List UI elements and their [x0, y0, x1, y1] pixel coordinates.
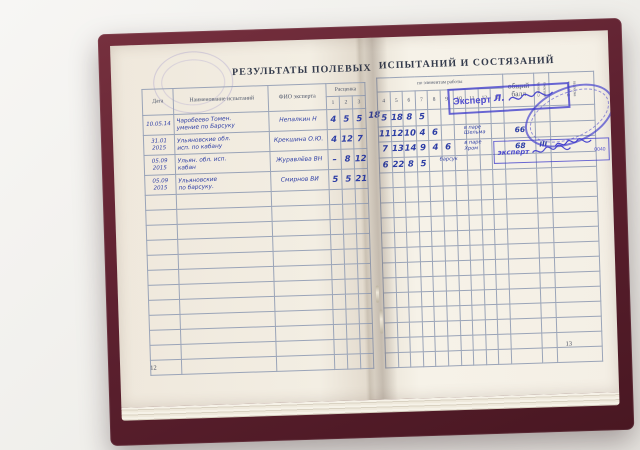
table-cell: [334, 354, 347, 369]
value-cell: 10: [403, 125, 416, 141]
table-cell: [423, 351, 436, 366]
table-cell: [431, 201, 444, 216]
table-cell: [539, 258, 554, 273]
table-cell: [494, 199, 507, 214]
table-cell: [431, 216, 444, 231]
col-header-expert: ФИО эксперта: [268, 84, 327, 112]
table-cell: [393, 202, 406, 217]
table-cell: [409, 307, 422, 322]
expert-stamp-label: Эксперт: [453, 94, 492, 107]
table-cell: [493, 184, 506, 199]
table-cell: [410, 322, 423, 337]
table-cell: [456, 200, 469, 215]
table-cell: [405, 187, 418, 202]
table-cell: [407, 247, 420, 262]
table-cell: [481, 199, 494, 214]
table-cell: [422, 321, 435, 336]
value-cell: 13: [391, 141, 404, 157]
table-cell: [150, 344, 181, 360]
table-cell: [148, 284, 179, 300]
handwritten-note: в паре Шельма: [464, 125, 486, 137]
value-cell: 9: [416, 140, 429, 156]
table-cell: [396, 277, 409, 292]
table-cell: [541, 303, 556, 318]
table-cell: [344, 249, 357, 264]
table-cell: [468, 185, 481, 200]
table-cell: [397, 337, 410, 352]
table-cell: [445, 246, 458, 261]
table-cell: [343, 204, 356, 219]
table-cell: [499, 349, 512, 364]
table-cell: [409, 292, 422, 307]
table-cell: [497, 289, 510, 304]
table-cell: [458, 275, 471, 290]
photo-background: РЕЗУЛЬТАТЫ ПОЛЕВЫХ Дата Наименование исп…: [0, 0, 640, 450]
table-cell: [445, 261, 458, 276]
table-cell: [496, 259, 509, 274]
value-cell: 4: [416, 125, 429, 141]
value-cell: 14: [404, 141, 417, 157]
table-cell: [459, 290, 472, 305]
table-cell: [421, 291, 434, 306]
table-cell: [444, 231, 457, 246]
table-cell: [457, 215, 470, 230]
col-header-6: 6: [402, 90, 415, 110]
table-cell: [345, 294, 358, 309]
value-cell: в паре Шельма: [466, 123, 479, 139]
table-cell: [508, 258, 539, 274]
table-cell: [331, 249, 344, 264]
score-cell: 5: [329, 169, 343, 189]
date-cell: 05.09 2015: [144, 154, 176, 175]
table-cell: [432, 231, 445, 246]
score-cell: 4: [327, 129, 341, 149]
table-cell: [542, 348, 557, 363]
table-cell: [146, 224, 177, 240]
right-page-number: 13: [566, 341, 573, 348]
date-cell: 05.09 2015: [145, 174, 177, 195]
table-cell: [538, 198, 553, 213]
table-cell: [149, 314, 180, 330]
score-cell: 5: [342, 169, 356, 189]
expert-name-cell: Крекшина О.Ю.: [269, 130, 328, 152]
value-cell: 22: [392, 157, 405, 173]
table-cell: [434, 306, 447, 321]
table-cell: [469, 200, 482, 215]
expert-stamp-initial: Л.: [494, 94, 505, 105]
table-cell: [537, 168, 552, 183]
table-cell: [493, 169, 506, 184]
table-cell: [482, 229, 495, 244]
table-cell: [332, 294, 345, 309]
table-cell: [472, 320, 485, 335]
table-cell: [470, 230, 483, 245]
table-cell: [553, 226, 598, 242]
value-cell: [441, 124, 454, 140]
table-cell: [433, 276, 446, 291]
table-cell: [497, 304, 510, 319]
table-cell: [405, 172, 418, 187]
value-cell: 5: [415, 109, 428, 125]
table-cell: [472, 290, 485, 305]
table-cell: [458, 245, 471, 260]
table-cell: [473, 335, 486, 350]
table-cell: [553, 211, 598, 227]
table-cell: [444, 216, 457, 231]
table-cell: [346, 324, 359, 339]
table-cell: [448, 351, 461, 366]
table-cell: [495, 229, 508, 244]
table-cell: [334, 339, 347, 354]
table-cell: [455, 170, 468, 185]
open-pages: РЕЗУЛЬТАТЫ ПОЛЕВЫХ Дата Наименование исп…: [110, 30, 619, 407]
right-page-title: ИСПЫТАНИЙ И СОСТЯЗАНИЙ: [379, 55, 559, 72]
table-cell: [468, 170, 481, 185]
table-cell: [332, 264, 345, 279]
table-cell: [552, 181, 597, 197]
table-cell: [460, 320, 473, 335]
table-cell: [472, 305, 485, 320]
table-cell: [331, 234, 344, 249]
value-cell: 6: [442, 140, 455, 156]
col-header-7: 7: [415, 90, 428, 110]
table-cell: [342, 189, 355, 204]
value-cell: 5: [417, 156, 430, 172]
table-cell: [410, 352, 423, 367]
table-cell: [541, 318, 556, 333]
table-cell: [434, 291, 447, 306]
binding-thread: [376, 286, 380, 303]
table-cell: [406, 202, 419, 217]
table-cell: [542, 333, 557, 348]
table-cell: [507, 228, 538, 244]
table-cell: [347, 339, 360, 354]
table-cell: [396, 307, 409, 322]
box-stamp-number: 0040: [594, 146, 605, 152]
table-cell: [432, 246, 445, 261]
score-cell: 5: [340, 109, 354, 129]
table-cell: [483, 244, 496, 259]
table-cell: [398, 352, 411, 367]
score-cell: 8: [341, 149, 355, 169]
table-cell: [447, 306, 460, 321]
table-cell: [498, 319, 511, 334]
value-cell: в паре Хром: [467, 139, 480, 155]
record-book: РЕЗУЛЬТАТЫ ПОЛЕВЫХ Дата Наименование исп…: [98, 18, 635, 446]
expert-name-cell: Непалкин Н: [269, 110, 328, 132]
table-cell: [393, 187, 406, 202]
table-cell: [446, 291, 459, 306]
table-cell: [329, 189, 342, 204]
table-cell: [148, 269, 179, 285]
table-cell: [181, 356, 276, 374]
date-cell: 10.05.14: [143, 114, 175, 135]
table-cell: [406, 217, 419, 232]
table-cell: [481, 184, 494, 199]
table-cell: [509, 288, 540, 304]
table-cell: [430, 186, 443, 201]
table-cell: [343, 219, 356, 234]
table-cell: [557, 331, 602, 347]
expert-name-cell: Смирнов ВИ: [271, 170, 330, 192]
value-cell: 18: [390, 110, 403, 126]
table-cell: [443, 171, 456, 186]
table-cell: [346, 309, 359, 324]
table-cell: [332, 279, 345, 294]
table-cell: [395, 247, 408, 262]
table-cell: [408, 262, 421, 277]
table-cell: [149, 329, 180, 345]
handwritten-note: барсук: [440, 157, 458, 163]
table-cell: [511, 333, 542, 349]
table-cell: [395, 262, 408, 277]
table-cell: [486, 349, 499, 364]
table-cell: [485, 319, 498, 334]
table-cell: [330, 219, 343, 234]
table-cell: [511, 348, 542, 364]
value-cell: [467, 154, 480, 170]
table-cell: [408, 277, 421, 292]
table-cell: [147, 239, 178, 255]
table-cell: [420, 246, 433, 261]
value-cell: 4: [429, 140, 442, 156]
col-header-8: 8: [427, 90, 440, 110]
table-cell: [471, 275, 484, 290]
table-cell: [485, 304, 498, 319]
date-cell: 31.01 2015: [143, 134, 175, 155]
table-cell: [507, 213, 538, 229]
table-cell: [145, 194, 176, 210]
table-cell: [423, 336, 436, 351]
table-cell: [420, 261, 433, 276]
table-cell: [473, 350, 486, 365]
table-cell: [330, 204, 343, 219]
table-cell: [539, 243, 554, 258]
table-cell: [554, 256, 599, 272]
table-cell: [345, 264, 358, 279]
table-cell: [410, 337, 423, 352]
table-cell: [556, 301, 601, 317]
table-cell: [508, 243, 539, 259]
table-cell: [435, 321, 448, 336]
table-cell: [509, 273, 540, 289]
table-cell: [483, 259, 496, 274]
table-cell: [538, 213, 553, 228]
score-cell: –: [328, 149, 342, 169]
value-cell: 8: [403, 110, 416, 126]
value-cell: [428, 109, 441, 125]
table-cell: [556, 316, 601, 332]
value-cell: [480, 154, 493, 170]
table-cell: [554, 241, 599, 257]
table-cell: [419, 216, 432, 231]
table-cell: [553, 196, 598, 212]
table-cell: [456, 185, 469, 200]
table-cell: [540, 273, 555, 288]
table-cell: [430, 171, 443, 186]
table-cell: [540, 288, 555, 303]
table-cell: [537, 183, 552, 198]
col-header-score-1: 1: [326, 96, 339, 109]
table-cell: [407, 232, 420, 247]
table-cell: [486, 334, 499, 349]
table-cell: [484, 274, 497, 289]
value-cell: 12: [391, 126, 404, 142]
table-cell: [436, 351, 449, 366]
table-cell: [333, 309, 346, 324]
table-cell: [333, 324, 346, 339]
field-results-table: Дата Наименование испытаний ФИО эксперта…: [141, 82, 374, 376]
table-cell: [397, 322, 410, 337]
col-header-5: 5: [390, 91, 403, 111]
table-cell: [146, 209, 177, 225]
table-cell: [470, 245, 483, 260]
table-cell: [422, 306, 435, 321]
table-cell: [506, 168, 537, 184]
table-cell: [444, 201, 457, 216]
table-cell: [458, 260, 471, 275]
table-cell: [417, 171, 430, 186]
table-cell: [396, 292, 409, 307]
table-cell: [435, 336, 448, 351]
table-cell: [510, 318, 541, 334]
table-cell: [344, 234, 357, 249]
table-cell: [538, 228, 553, 243]
table-cell: [460, 335, 473, 350]
table-cell: [347, 354, 360, 369]
table-cell: [394, 217, 407, 232]
table-cell: [459, 305, 472, 320]
table-cell: [448, 336, 461, 351]
table-cell: [149, 299, 180, 315]
table-cell: [421, 276, 434, 291]
table-cell: [419, 231, 432, 246]
value-cell: барсук: [442, 155, 455, 171]
table-cell: [447, 321, 460, 336]
table-cell: [394, 232, 407, 247]
table-cell: [552, 166, 597, 182]
table-cell: [555, 286, 600, 302]
col-header-score-2: 2: [339, 96, 352, 109]
table-cell: [494, 214, 507, 229]
box-stamp-label: эксперт: [497, 147, 529, 156]
table-cell: [555, 271, 600, 287]
table-cell: [392, 172, 405, 187]
expert-name-cell: Журавлёва ВН: [270, 150, 329, 172]
col-header-test-name: Наименование испытаний: [173, 86, 269, 115]
value-cell: 8: [404, 156, 417, 172]
table-cell: [446, 276, 459, 291]
left-page-title: РЕЗУЛЬТАТЫ ПОЛЕВЫХ: [227, 63, 377, 79]
table-cell: [469, 215, 482, 230]
table-cell: [345, 279, 358, 294]
score-cell: 4: [327, 109, 341, 129]
value-cell: 6: [429, 125, 442, 141]
table-cell: [418, 201, 431, 216]
table-cell: [557, 346, 602, 362]
table-cell: [443, 186, 456, 201]
table-cell: [484, 289, 497, 304]
handwritten-note: в паре Хром: [464, 140, 481, 152]
table-cell: [461, 350, 474, 365]
table-cell: [480, 169, 493, 184]
table-cell: [510, 303, 541, 319]
value-cell: [491, 123, 504, 139]
table-cell: [147, 254, 178, 270]
table-cell: [276, 355, 334, 372]
table-cell: [471, 260, 484, 275]
table-cell: [418, 186, 431, 201]
table-cell: [507, 198, 538, 214]
col-header-date: Дата: [142, 88, 174, 115]
left-page-number: 12: [150, 365, 157, 372]
table-cell: [498, 334, 511, 349]
table-cell: [506, 183, 537, 199]
score-cell: 12: [340, 129, 354, 149]
table-cell: [482, 214, 495, 229]
table-cell: [495, 244, 508, 259]
table-cell: [433, 261, 446, 276]
table-cell: [496, 274, 509, 289]
table-cell: [457, 230, 470, 245]
